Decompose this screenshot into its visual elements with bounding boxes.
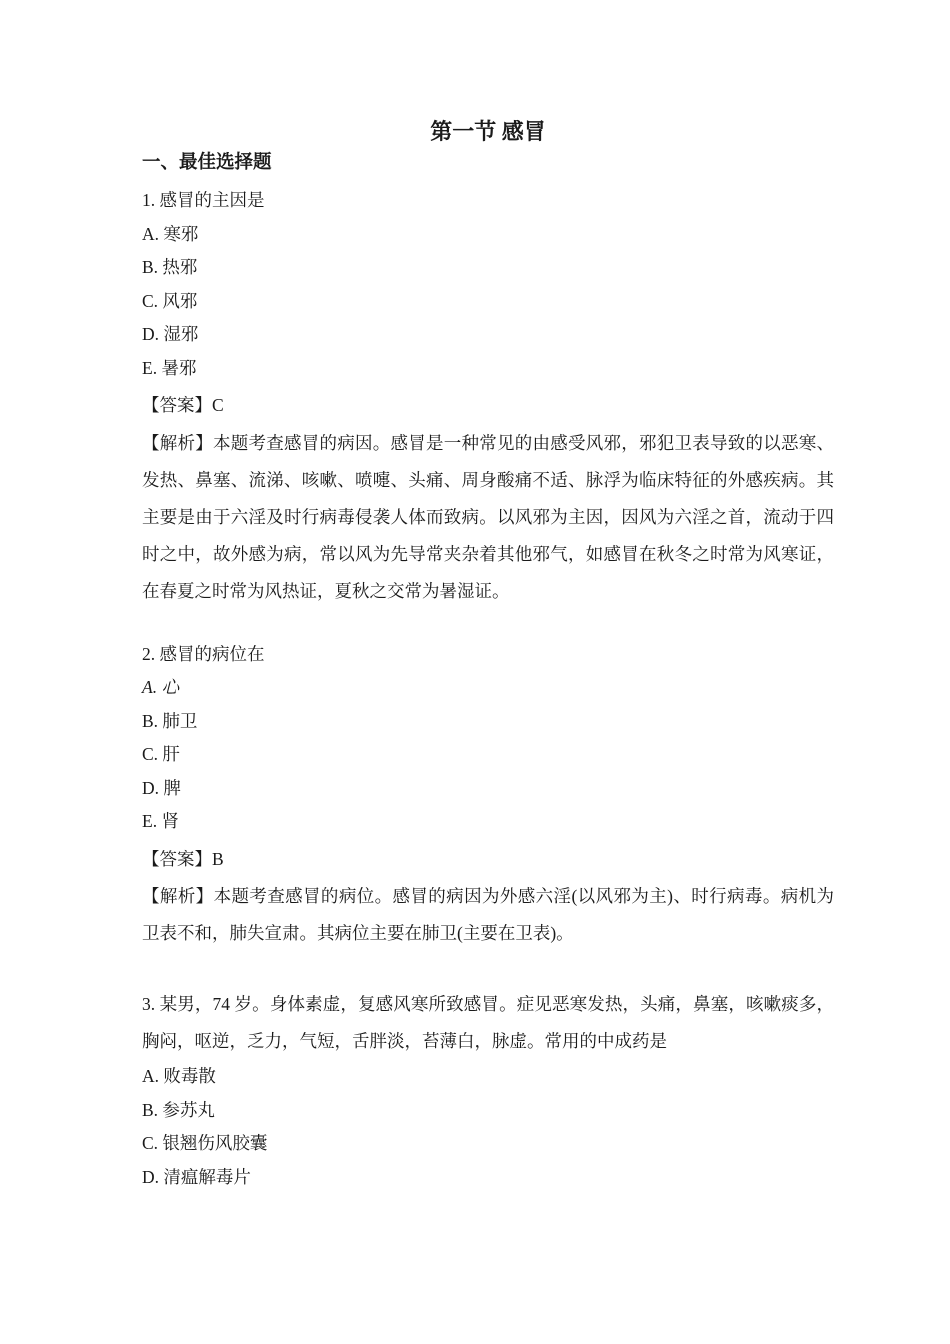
document-page: 第一节 感冒 一、最佳选择题 1. 感冒的主因是 A. 寒邪 B. 热邪 C. … <box>0 0 950 1344</box>
question-1: 1. 感冒的主因是 A. 寒邪 B. 热邪 C. 风邪 D. 湿邪 E. 暑邪 … <box>142 184 834 610</box>
question-1-option-c: C. 风邪 <box>142 285 834 319</box>
question-1-option-e: E. 暑邪 <box>142 352 834 386</box>
question-3-option-a: A. 败毒散 <box>142 1060 834 1094</box>
doc-title: 第一节 感冒 <box>142 116 834 148</box>
question-1-option-a: A. 寒邪 <box>142 218 834 252</box>
question-2-stem: 2. 感冒的病位在 <box>142 638 834 672</box>
question-2-analysis: 【解析】本题考查感冒的病位。感冒的病因为外感六淫(以风邪为主)、时行病毒。病机为… <box>142 878 834 952</box>
question-1-analysis: 【解析】本题考查感冒的病因。感冒是一种常见的由感受风邪，邪犯卫表导致的以恶寒、发… <box>142 425 834 610</box>
question-3-stem: 3. 某男，74 岁。身体素虚，复感风寒所致感冒。症见恶寒发热，头痛，鼻塞，咳嗽… <box>142 986 834 1060</box>
question-1-option-b: B. 热邪 <box>142 251 834 285</box>
question-1-answer: 【答案】C <box>142 389 834 423</box>
question-2-answer: 【答案】B <box>142 843 834 877</box>
question-1-option-d: D. 湿邪 <box>142 318 834 352</box>
question-2: 2. 感冒的病位在 A. 心 B. 肺卫 C. 肝 D. 脾 E. 肾 【答案】… <box>142 638 834 953</box>
question-2-option-b: B. 肺卫 <box>142 705 834 739</box>
question-2-option-e: E. 肾 <box>142 805 834 839</box>
section-heading: 一、最佳选择题 <box>142 148 834 178</box>
question-3-option-d: D. 清瘟解毒片 <box>142 1161 834 1195</box>
question-2-option-a: A. 心 <box>142 671 834 705</box>
question-3: 3. 某男，74 岁。身体素虚，复感风寒所致感冒。症见恶寒发热，头痛，鼻塞，咳嗽… <box>142 986 834 1194</box>
question-3-option-b: B. 参苏丸 <box>142 1094 834 1128</box>
question-3-option-c: C. 银翘伤风胶囊 <box>142 1127 834 1161</box>
question-2-option-c: C. 肝 <box>142 738 834 772</box>
question-2-option-d: D. 脾 <box>142 772 834 806</box>
question-1-stem: 1. 感冒的主因是 <box>142 184 834 218</box>
